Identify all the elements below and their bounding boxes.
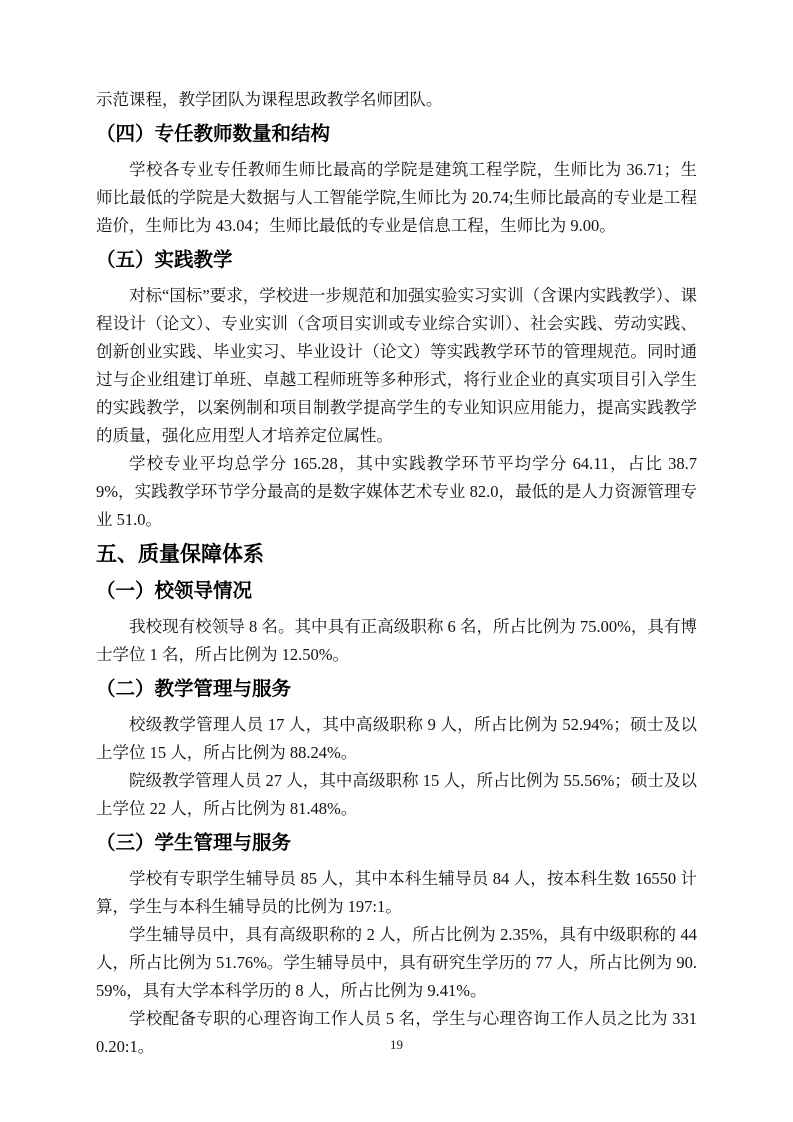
heading-practical-teaching: （五）实践教学 — [96, 245, 697, 275]
document-content: 示范课程，教学团队为课程思政教学名师团队。 （四）专任教师数量和结构 学校各专业… — [96, 86, 697, 1061]
paragraph: 示范课程，教学团队为课程思政教学名师团队。 — [96, 86, 697, 114]
page-number: 19 — [0, 1036, 793, 1054]
heading-student-management-services: （三）学生管理与服务 — [96, 828, 697, 858]
paragraph: 院级教学管理人员 27 人，其中高级职称 15 人，所占比例为 55.56%；硕… — [96, 767, 697, 823]
paragraph: 学校专业平均总学分 165.28，其中实践教学环节平均学分 64.11，占比 3… — [96, 450, 697, 534]
paragraph: 校级教学管理人员 17 人，其中高级职称 9 人，所占比例为 52.94%；硕士… — [96, 711, 697, 767]
heading-school-leaders: （一）校领导情况 — [96, 576, 697, 606]
document-page: 示范课程，教学团队为课程思政教学名师团队。 （四）专任教师数量和结构 学校各专业… — [0, 0, 793, 1122]
paragraph: 对标“国标”要求，学校进一步规范和加强实验实习实训（含课内实践教学）、课程设计（… — [96, 282, 697, 450]
heading-quality-assurance-system: 五、质量保障体系 — [96, 539, 697, 571]
paragraph: 学校有专职学生辅导员 85 人，其中本科生辅导员 84 人，按本科生数 1655… — [96, 865, 697, 921]
paragraph: 学校各专业专任教师生师比最高的学院是建筑工程学院，生师比为 36.71；生师比最… — [96, 156, 697, 240]
heading-faculty-numbers-structure: （四）专任教师数量和结构 — [96, 119, 697, 149]
paragraph: 我校现有校领导 8 名。其中具有正高级职称 6 名，所占比例为 75.00%，具… — [96, 613, 697, 669]
paragraph: 学生辅导员中，具有高级职称的 2 人，所占比例为 2.35%，具有中级职称的 4… — [96, 921, 697, 1005]
heading-teaching-management-services: （二）教学管理与服务 — [96, 674, 697, 704]
